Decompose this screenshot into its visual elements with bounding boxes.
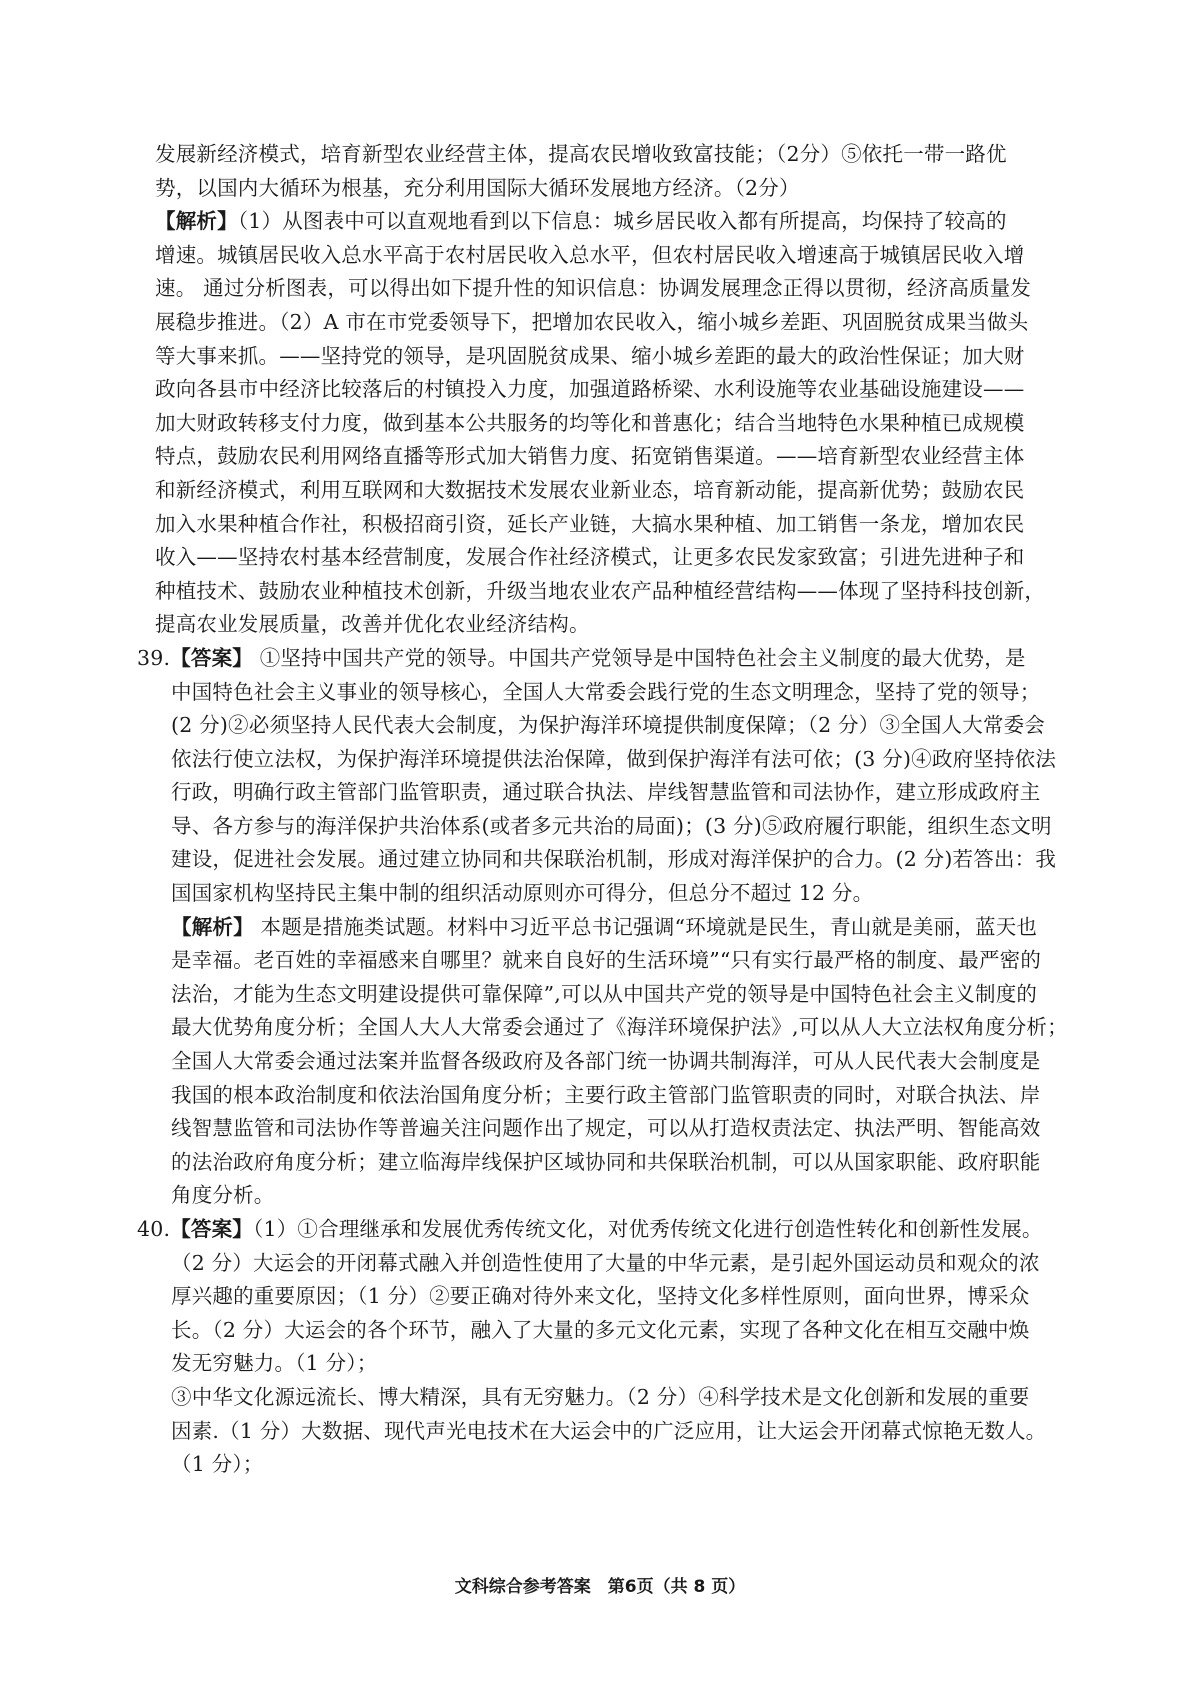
text-line: 因素.（1 分）大数据、现代声光电技术在大运会中的广泛应用，让大运会开闭幕式惊艳… (155, 1415, 1060, 1449)
text-line: 加大财政转移支付力度，做到基本公共服务的均等化和普惠化；结合当地特色水果种植已成… (155, 407, 1060, 441)
text-line: 我国的根本政治制度和依法治国角度分析；主要行政主管部门监管职责的同时，对联合执法… (155, 1079, 1060, 1113)
text-line: 发展新经济模式，培育新型农业经营主体，提高农民增收致富技能；（2分）⑤依托一带一… (155, 138, 1060, 172)
text-line: 是幸福。老百姓的幸福感来自哪里？就来自良好的生活环境”“只有实行最严格的制度、最… (155, 944, 1060, 978)
text-line: 角度分析。 (155, 1179, 1060, 1213)
question-number: 40. (137, 1217, 170, 1241)
text-span: （1）从图表中可以直观地看到以下信息：城乡居民收入都有所提高，均保持了较高的 (238, 209, 1007, 233)
text-line: 政向各县市中经济比较落后的村镇投入力度，加强道路桥梁、水利设施等农业基础设施建设… (155, 373, 1060, 407)
text-line: 特点，鼓励农民利用网络直播等形式加大销售力度、拓宽销售渠道。——培育新型农业经营… (155, 440, 1060, 474)
q39-analysis-heading-line: 【解析】 本题是措施类试题。材料中习近平总书记强调“环境就是民生，青山就是美丽，… (155, 911, 1060, 945)
answer-label: 【答案】 (170, 646, 253, 670)
text-span: （1）①合理继承和发展优秀传统文化，对优秀传统文化进行创造性转化和创新性发展。 (253, 1217, 1043, 1241)
text-line: 提高农业发展质量，改善并优化农业经济结构。 (155, 608, 1060, 642)
text-line: 发无穷魅力。（1 分）； (155, 1347, 1060, 1381)
text-line: (2 分)②必须坚持人民代表大会制度，为保护海洋环境提供制度保障；（2 分）③全… (155, 709, 1060, 743)
text-line: 种植技术、鼓励农业种植技术创新，升级当地农业农产品种植经营结构——体现了坚持科技… (155, 575, 1060, 609)
text-line: 加入水果种植合作社，积极招商引资，延长产业链，大搞水果种植、加工销售一条龙，增加… (155, 508, 1060, 542)
text-line: 长。（2 分）大运会的各个环节，融入了大量的多元文化元素，实现了各种文化在相互交… (155, 1314, 1060, 1348)
text-line: （2 分）大运会的开闭幕式融入并创造性使用了大量的中华元素，是引起外国运动员和观… (155, 1247, 1060, 1281)
text-line: 势，以国内大循环为根基，充分利用国际大循环发展地方经济。（2分） (155, 172, 1060, 206)
page-footer: 文科综合参考答案 第6页（共 8 页） (0, 1572, 1200, 1597)
text-line: 中国特色社会主义事业的领导核心，全国人大常委会践行党的生态文明理念，坚持了党的领… (155, 676, 1060, 710)
text-line: 行政，明确行政主管部门监管职责，通过联合执法、岸线智慧监管和司法协作，建立形成政… (155, 776, 1060, 810)
text-line: 全国人大常委会通过法案并监督各级政府及各部门统一协调共制海洋，可从人民代表大会制… (155, 1045, 1060, 1079)
text-line: 线智慧监管和司法协作等普遍关注问题作出了规定，可以从打造权责法定、执法严明、智能… (155, 1112, 1060, 1146)
text-line: ③中华文化源远流长、博大精深，具有无穷魅力。（2 分）④科学技术是文化创新和发展… (155, 1381, 1060, 1415)
analysis-38-heading-line: 【解析】（1）从图表中可以直观地看到以下信息：城乡居民收入都有所提高，均保持了较… (155, 205, 1060, 239)
q40-answer-heading-line: 40.【答案】（1）①合理继承和发展优秀传统文化，对优秀传统文化进行创造性转化和… (137, 1213, 1060, 1247)
text-line: 厚兴趣的重要原因；（1 分）②要正确对待外来文化，坚持文化多样性原则，面向世界，… (155, 1280, 1060, 1314)
page-content: 发展新经济模式，培育新型农业经营主体，提高农民增收致富技能；（2分）⑤依托一带一… (155, 138, 1060, 1482)
answer-label: 【答案】 (170, 1217, 253, 1241)
question-number: 39. (137, 646, 170, 670)
q39-answer-heading-line: 39.【答案】 ①坚持中国共产党的领导。中国共产党领导是中国特色社会主义制度的最… (137, 642, 1060, 676)
text-line: 和新经济模式，利用互联网和大数据技术发展农业新业态，培育新动能，提高新优势；鼓励… (155, 474, 1060, 508)
analysis-label: 【解析】 (155, 209, 238, 233)
document-page: 发展新经济模式，培育新型农业经营主体，提高农民增收致富技能；（2分）⑤依托一带一… (0, 0, 1200, 1698)
text-line: 收入——坚持农村基本经营制度，发展合作社经济模式，让更多农民发家致富；引进先进种… (155, 541, 1060, 575)
text-line: 等大事来抓。——坚持党的领导，是巩固脱贫成果、缩小城乡差距的最大的政治性保证；加… (155, 340, 1060, 374)
text-line: 依法行使立法权，为保护海洋环境提供法治保障，做到保护海洋有法可依；(3 分)④政… (155, 743, 1060, 777)
text-line: 增速。城镇居民收入总水平高于农村居民收入总水平，但农村居民收入增速高于城镇居民收… (155, 239, 1060, 273)
text-line: 建设，促进社会发展。通过建立协同和共保联治机制，形成对海洋保护的合力。(2 分)… (155, 843, 1060, 877)
text-line: 展稳步推进。（2）A 市在市党委领导下，把增加农民收入，缩小城乡差距、巩固脱贫成… (155, 306, 1060, 340)
text-line: 速。 通过分析图表，可以得出如下提升性的知识信息：协调发展理念正得以贯彻，经济高… (155, 272, 1060, 306)
text-line: 法治，才能为生态文明建设提供可靠保障”,可以从中国共产党的领导是中国特色社会主义… (155, 978, 1060, 1012)
text-line: 国国家机构坚持民主集中制的组织活动原则亦可得分，但总分不超过 12 分。 (155, 877, 1060, 911)
text-span: 本题是措施类试题。材料中习近平总书记强调“环境就是民生，青山就是美丽，蓝天也 (254, 915, 1037, 939)
text-line: 的法治政府角度分析；建立临海岸线保护区域协同和共保联治机制，可以从国家职能、政府… (155, 1146, 1060, 1180)
analysis-label: 【解析】 (171, 915, 254, 939)
text-line: 导、各方参与的海洋保护共治体系(或者多元共治的局面)；(3 分)⑤政府履行职能，… (155, 810, 1060, 844)
text-span: ①坚持中国共产党的领导。中国共产党领导是中国特色社会主义制度的最大优势，是 (253, 646, 1026, 670)
text-line: 最大优势角度分析；全国人大人大常委会通过了《海洋环境保护法》,可以从人大立法权角… (155, 1011, 1060, 1045)
text-line: （1 分）； (155, 1448, 1060, 1482)
